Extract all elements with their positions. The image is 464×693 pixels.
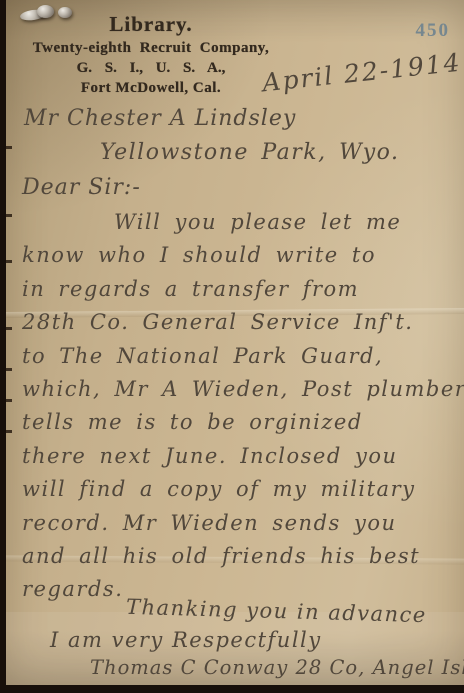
salutation: Dear Sir:- bbox=[22, 175, 141, 200]
body-line: there next June. Inclosed you bbox=[22, 440, 462, 473]
body-line: and all his old friends his best bbox=[22, 540, 462, 573]
signature: Thomas C Conway 28 Co, Angel Isl. bbox=[90, 656, 464, 679]
binding-mark bbox=[6, 260, 12, 263]
letter-body: Will you please let me know who I should… bbox=[22, 206, 462, 607]
letterhead-org: G. S. I., U. S. A., bbox=[14, 60, 288, 77]
letter-date: April 22-1914 bbox=[261, 48, 463, 98]
body-line: know who I should write to bbox=[22, 239, 462, 272]
body-line: will find a copy of my military bbox=[22, 473, 462, 506]
binding-mark bbox=[6, 146, 12, 149]
body-line: 28th Co. General Service Inf't. bbox=[22, 306, 462, 339]
body-line: record. Mr Wieden sends you bbox=[22, 507, 462, 540]
body-line: Will you please let me bbox=[22, 206, 462, 239]
letterhead: Library. Twenty-eighth Recruit Company, … bbox=[14, 12, 288, 97]
binding-mark bbox=[6, 368, 12, 371]
binding-mark bbox=[6, 214, 12, 217]
letterhead-company: Twenty-eighth Recruit Company, bbox=[14, 40, 288, 57]
closing-respectfully: I am very Respectfully bbox=[50, 628, 322, 652]
binding-mark bbox=[6, 399, 12, 402]
body-line: which, Mr A Wieden, Post plumber, bbox=[22, 373, 462, 406]
binding-mark bbox=[6, 327, 12, 330]
binding-mark bbox=[6, 430, 12, 433]
letterhead-location: Fort McDowell, Cal. bbox=[14, 80, 288, 97]
body-line: to The National Park Guard, bbox=[22, 340, 462, 373]
letter-paper: Library. Twenty-eighth Recruit Company, … bbox=[6, 0, 464, 685]
recipient-name: Mr Chester A Lindsley bbox=[24, 106, 296, 131]
letterhead-library-stamp: Library. bbox=[14, 12, 288, 37]
photo-background: Library. Twenty-eighth Recruit Company, … bbox=[0, 0, 464, 693]
archive-page-number: 450 bbox=[416, 20, 451, 42]
body-line: tells me is to be orginized bbox=[22, 406, 462, 439]
recipient-address: Yellowstone Park, Wyo. bbox=[100, 140, 400, 165]
body-line: in regards a transfer from bbox=[22, 273, 462, 306]
